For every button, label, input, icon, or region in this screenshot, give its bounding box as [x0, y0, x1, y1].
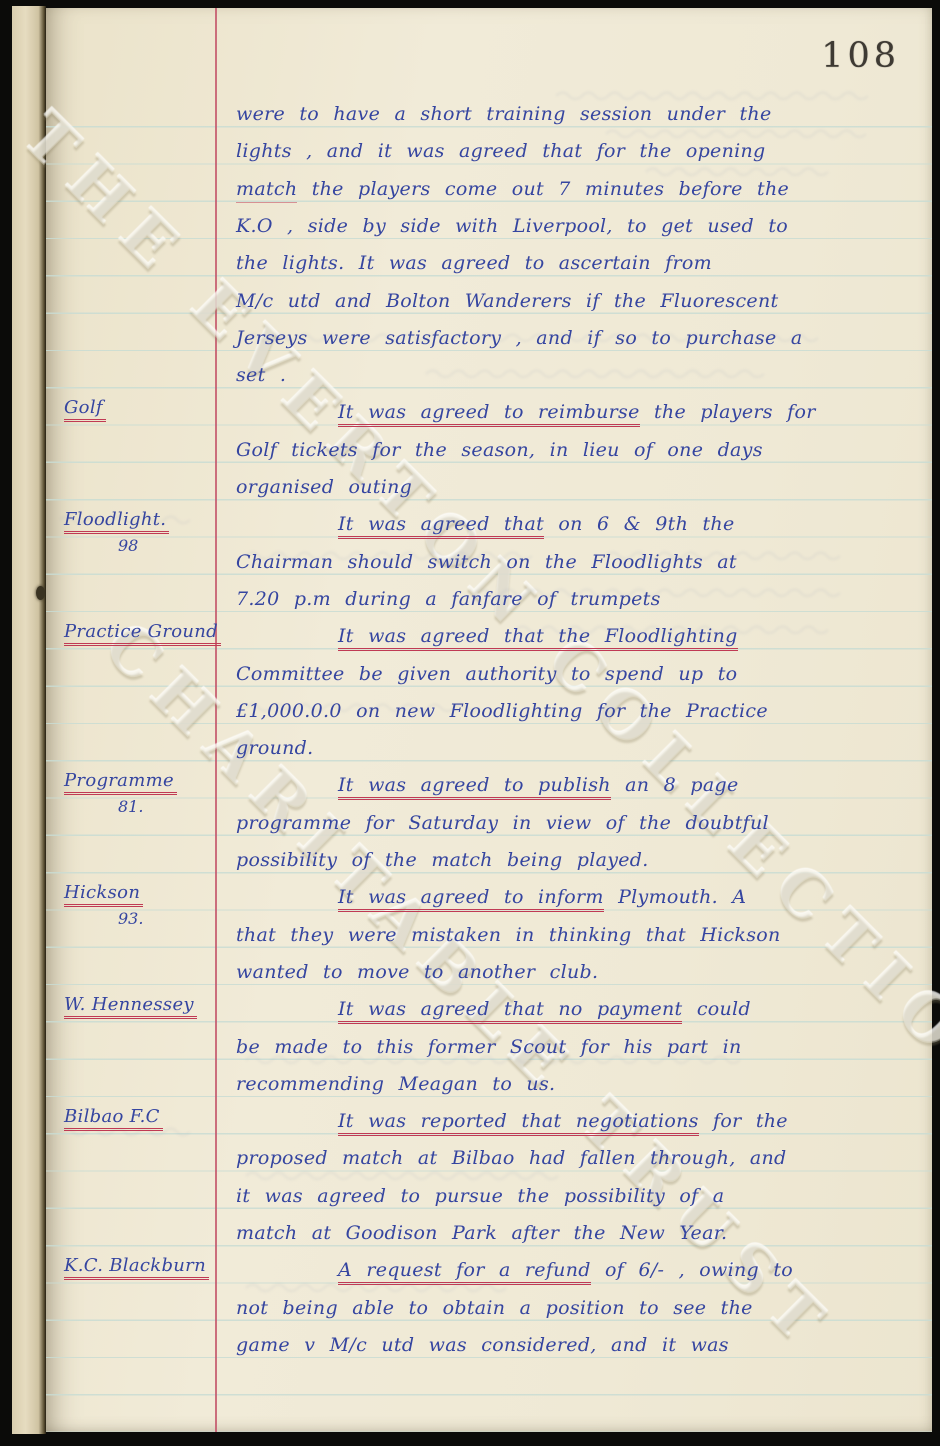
minute-line: It was agreed that the Floodlighting	[236, 618, 738, 655]
margin-heading: K.C. Blackburn	[64, 1255, 209, 1280]
minute-line: It was agreed that on 6 & 9th the	[236, 506, 735, 543]
line-text: £1,000.0.0 on new Floodlighting for the …	[236, 700, 768, 722]
margin-heading: Practice Ground	[64, 621, 221, 646]
underlined-phrase: It was reported that negotiations	[338, 1110, 699, 1136]
line-text: the players come out 7 minutes before th…	[297, 178, 789, 200]
margin-headings: GolfFloodlight.98Practice GroundProgramm…	[46, 8, 236, 1432]
minute-line: programme for Saturday in view of the do…	[236, 805, 769, 842]
line-text: were to have a short training session un…	[236, 103, 772, 125]
minute-line: A request for a refund of 6/- , owing to	[236, 1252, 793, 1289]
underlined-phrase: It was agreed that	[338, 513, 544, 539]
line-text: of 6/- , owing to	[591, 1259, 793, 1281]
line-text: match at Goodison Park after the New Yea…	[236, 1222, 727, 1244]
line-text: organised outing	[236, 476, 412, 498]
minute-line: proposed match at Bilbao had fallen thro…	[236, 1140, 787, 1177]
handwritten-minutes: were to have a short training session un…	[236, 8, 926, 1432]
line-text: could	[682, 998, 750, 1020]
underlined-phrase: It was agreed to inform	[338, 886, 604, 912]
line-text: set .	[236, 364, 286, 386]
minute-line: Chairman should switch on the Floodlight…	[236, 544, 737, 581]
minute-line: possibility of the match being played.	[236, 842, 649, 879]
line-text: on 6 & 9th the	[544, 513, 734, 535]
underlined-phrase: It was agreed that the Floodlighting	[338, 625, 738, 651]
minute-line: It was reported that negotiations for th…	[236, 1103, 788, 1140]
line-text: be made to this former Scout for his par…	[236, 1036, 742, 1058]
line-text: Jerseys were satisfactory , and if so to…	[236, 327, 803, 349]
line-text: not being able to obtain a position to s…	[236, 1297, 753, 1319]
minute-line: K.O , side by side with Liverpool, to ge…	[236, 208, 788, 245]
minute-line: it was agreed to pursue the possibility …	[236, 1178, 724, 1215]
minute-line: set .	[236, 357, 286, 394]
margin-heading: Bilbao F.C	[64, 1106, 163, 1131]
line-text: lights , and it was agreed that for the …	[236, 140, 766, 162]
margin-heading: Hickson	[64, 882, 143, 907]
line-text: K.O , side by side with Liverpool, to ge…	[236, 215, 788, 237]
line-text: Committee be given authority to spend up…	[236, 663, 737, 685]
minute-line: Committee be given authority to spend up…	[236, 656, 737, 693]
binding-mark	[36, 586, 45, 600]
margin-heading: W. Hennessey	[64, 994, 197, 1019]
minute-line: It was agreed to reimburse the players f…	[236, 394, 816, 431]
margin-heading: Floodlight.	[64, 509, 169, 534]
line-text: programme for Saturday in view of the do…	[236, 812, 769, 834]
minute-line: It was agreed to publish an 8 page	[236, 767, 739, 804]
minute-line: organised outing	[236, 469, 412, 506]
minute-line: recommending Meagan to us.	[236, 1066, 555, 1103]
line-text: the lights. It was agreed to ascertain f…	[236, 252, 712, 274]
margin-reference-number: 93.	[118, 909, 143, 928]
minute-line: match the players come out 7 minutes bef…	[236, 171, 789, 208]
margin-reference-number: 98	[118, 536, 138, 555]
minute-line: M/c utd and Bolton Wanderers if the Fluo…	[236, 283, 778, 320]
minute-line: game v M/c utd was considered, and it wa…	[236, 1327, 729, 1364]
line-text: possibility of the match being played.	[236, 849, 649, 871]
previous-page-edge	[12, 6, 46, 1434]
line-text: that they were mistaken in thinking that…	[236, 924, 781, 946]
line-text: recommending Meagan to us.	[236, 1073, 555, 1095]
margin-heading: Golf	[64, 397, 106, 422]
underlined-phrase: It was agreed that no payment	[338, 998, 682, 1024]
underlined-phrase: match	[236, 178, 297, 203]
line-text: for the	[699, 1110, 788, 1132]
line-text: Golf tickets for the season, in lieu of …	[236, 439, 763, 461]
minute-line: lights , and it was agreed that for the …	[236, 133, 766, 170]
line-text: it was agreed to pursue the possibility …	[236, 1185, 724, 1207]
line-text: the players for	[640, 401, 816, 423]
minute-line: Golf tickets for the season, in lieu of …	[236, 432, 763, 469]
margin-reference-number: 81.	[118, 797, 143, 816]
minute-line: ground.	[236, 730, 313, 767]
minute-line: not being able to obtain a position to s…	[236, 1290, 753, 1327]
minute-book-photograph: THE EVERTON COLLECTION CHARITABLE TRUST …	[0, 0, 940, 1446]
line-text: game v M/c utd was considered, and it wa…	[236, 1334, 729, 1356]
line-text: ground.	[236, 737, 313, 759]
minute-line: be made to this former Scout for his par…	[236, 1029, 742, 1066]
minute-line: Jerseys were satisfactory , and if so to…	[236, 320, 803, 357]
line-text: an 8 page	[611, 774, 739, 796]
minute-line: £1,000.0.0 on new Floodlighting for the …	[236, 693, 768, 730]
margin-heading: Programme	[64, 770, 177, 795]
line-text: proposed match at Bilbao had fallen thro…	[236, 1147, 787, 1169]
minute-line: match at Goodison Park after the New Yea…	[236, 1215, 727, 1252]
minute-line: were to have a short training session un…	[236, 96, 772, 133]
minute-line: the lights. It was agreed to ascertain f…	[236, 245, 712, 282]
underlined-phrase: It was agreed to reimburse	[338, 401, 640, 427]
underlined-phrase: A request for a refund	[338, 1259, 591, 1285]
minute-book-page: THE EVERTON COLLECTION CHARITABLE TRUST …	[46, 8, 932, 1432]
line-text: Plymouth. A	[604, 886, 747, 908]
minute-line: that they were mistaken in thinking that…	[236, 917, 781, 954]
minute-line: 7.20 p.m during a fanfare of trumpets	[236, 581, 661, 618]
line-text: wanted to move to another club.	[236, 961, 598, 983]
line-text: Chairman should switch on the Floodlight…	[236, 551, 737, 573]
minute-line: It was agreed that no payment could	[236, 991, 751, 1028]
underlined-phrase: It was agreed to publish	[338, 774, 611, 800]
minute-line: wanted to move to another club.	[236, 954, 598, 991]
minute-line: It was agreed to inform Plymouth. A	[236, 879, 746, 916]
line-text: 7.20 p.m during a fanfare of trumpets	[236, 588, 661, 610]
line-text: M/c utd and Bolton Wanderers if the Fluo…	[236, 290, 778, 312]
